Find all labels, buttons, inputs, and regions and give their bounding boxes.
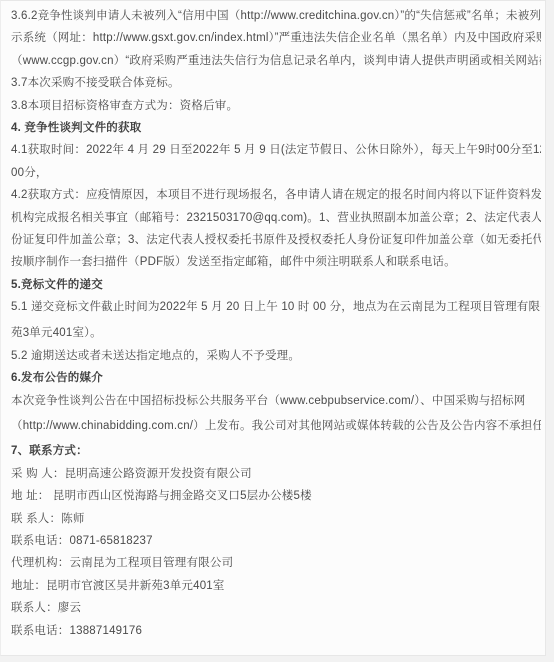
document-line: 联系人：廖云 bbox=[11, 597, 541, 619]
document-line: 联 系人：陈师 bbox=[11, 508, 541, 530]
document-line: 本次竞争性谈判公告在中国招标投标公共服务平台（www.cebpubservice… bbox=[11, 390, 541, 412]
document-line: 机构完成报名相关事宜（邮箱号：2321503170@qq.com)。1、营业执照… bbox=[11, 207, 541, 229]
document-line: （http://www.chinabidding.com.cn/）上发布。我公司… bbox=[11, 415, 541, 437]
document-line: 地 址： 昆明市西山区悦海路与拥金路交叉口5层办公楼5楼 bbox=[11, 485, 541, 507]
document-line: 份证复印件加盖公章；3、法定代表人授权委托书原件及授权委托人身份证复印件加盖公章… bbox=[11, 229, 541, 251]
document-line: 4.1获取时间：2022年 4 月 29 日至2022年 5 月 9 日(法定节… bbox=[11, 139, 541, 161]
document-line: 00分， bbox=[11, 162, 541, 184]
document-line: 联系电话：13887149176 bbox=[11, 620, 541, 642]
document-line: 4.2获取方式：应疫情原因，本项目不进行现场报名，各申请人请在规定的报名时间内将… bbox=[11, 184, 541, 206]
document-line: 5.竞标文件的递交 bbox=[11, 274, 541, 296]
document-line: 按顺序制作一套扫描件（PDF版）发送至指定邮箱，邮件中须注明联系人和联系电话。 bbox=[11, 251, 541, 273]
document-line: 采 购 人：昆明高速公路资源开发投资有限公司 bbox=[11, 463, 541, 485]
document-line: 4. 竞争性谈判文件的获取 bbox=[11, 117, 541, 139]
document-line: 苑3单元401室）。 bbox=[11, 322, 541, 344]
document-line: 地址：昆明市官渡区吴井新苑3单元401室 bbox=[11, 575, 541, 597]
document-line: 3.7本次采购不接受联合体竞标。 bbox=[11, 72, 541, 94]
document-panel: 3.6.2竞争性谈判申请人未被列入“信用中国（http://www.credit… bbox=[0, 0, 546, 656]
document-line: 5.2 逾期送达或者未送达指定地点的，采购人不予受理。 bbox=[11, 345, 541, 367]
document-body: 3.6.2竞争性谈判申请人未被列入“信用中国（http://www.credit… bbox=[11, 5, 541, 642]
document-line: 示系统（网址：http://www.gsxt.gov.cn/index.html… bbox=[11, 27, 541, 49]
document-line: 3.6.2竞争性谈判申请人未被列入“信用中国（http://www.credit… bbox=[11, 5, 541, 27]
document-line: 联系电话：0871-65818237 bbox=[11, 530, 541, 552]
document-line: （www.ccgp.gov.cn）“政府采购严重违法失信行为信息记录名单内，谈判… bbox=[11, 50, 541, 72]
document-line: 5.1 递交竞标文件截止时间为2022年 5 月 20 日上午 10 时 00 … bbox=[11, 296, 541, 318]
document-line: 代理机构：云南昆为工程项目管理有限公司 bbox=[11, 552, 541, 574]
document-line: 7、联系方式： bbox=[11, 440, 541, 462]
document-line: 6.发布公告的媒介 bbox=[11, 367, 541, 389]
document-line: 3.8本项目招标资格审查方式为：资格后审。 bbox=[11, 95, 541, 117]
